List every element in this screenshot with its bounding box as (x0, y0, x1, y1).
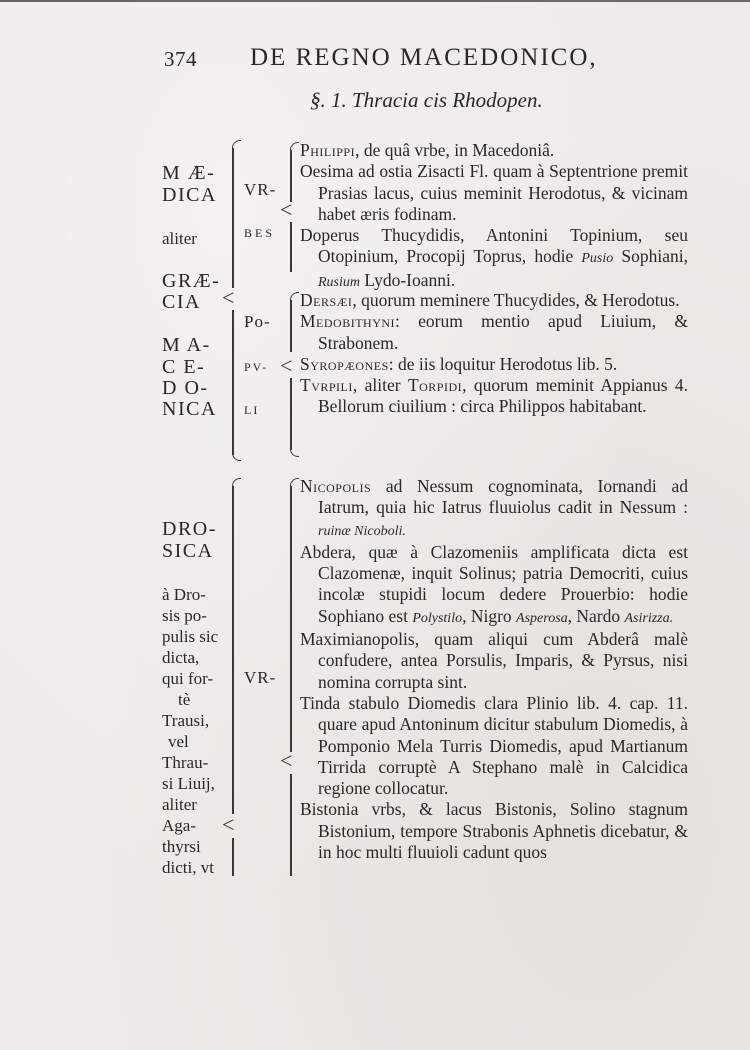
entry-nicopolis: Nicopolis ad Nessum cognominata, Iornand… (300, 476, 688, 542)
region-label-line: D O- (162, 377, 209, 399)
entry-abdera: Abdera, quæ à Clazomeniis amplificata di… (300, 542, 688, 629)
group2-entries: Nicopolis ad Nessum cognominata, Iornand… (300, 476, 688, 863)
populi-label: LI (244, 403, 259, 418)
brace-point-icon: < (222, 287, 234, 309)
section-title: §. 1. Thracia cis Rhodopen. (310, 88, 543, 113)
running-title: DE REGNO MACEDONICO, (250, 44, 598, 72)
entry-syropaeones: Syropæones: de iis loquitur Herodotus li… (300, 354, 688, 375)
urbes-label: VR- (244, 668, 276, 688)
populi-label: PV- (244, 360, 268, 375)
populi-entries: Dersæi, quorum meminere Thucydides, & He… (300, 290, 688, 418)
entry-medobithyni: Medobithyni: eorum mentio apud Liuium, &… (300, 311, 688, 354)
urbes-entries: Philippi, de quâ vrbe, in Macedoniâ. Oes… (300, 140, 688, 293)
page-header: 374 DE REGNO MACEDONICO, (164, 44, 604, 80)
region-label-line: DICA (162, 184, 217, 206)
entry-turpili: Tvrpili, aliter Torpidi, quorum meminit … (300, 375, 688, 418)
region-label-line: M A- (162, 334, 211, 356)
urbes-label: VR- (244, 180, 276, 200)
region-label-line: DRO- (162, 518, 217, 540)
region-label-line: C E- (162, 356, 205, 378)
region-label-line: CIA (162, 291, 201, 313)
entry-dersaei: Dersæi, quorum meminere Thucydides, & He… (300, 290, 688, 311)
region-label-line: GRÆ- (162, 270, 220, 292)
entry-philippi: Philippi, de quâ vrbe, in Macedoniâ. (300, 140, 688, 161)
entry-tinda: Tinda stabulo Diomedis clara Plinio lib.… (300, 693, 688, 799)
region-label-line: SICA (162, 540, 214, 562)
populi-label: Po- (244, 312, 271, 332)
region-label-line: M Æ- (162, 162, 215, 184)
page-top-edge (0, 0, 750, 2)
region-label-line: NICA (162, 398, 217, 420)
entry-bistonia: Bistonia vrbs, & lacus Bistonis, Solino … (300, 799, 688, 863)
region-label-line: aliter (162, 228, 197, 250)
book-page: 374 DE REGNO MACEDONICO, §. 1. Thracia c… (0, 0, 750, 1050)
entry-doperus: Doperus Thucydidis, Antonini Topinium, s… (300, 225, 688, 293)
entry-maximianopolis: Maximianopolis, quam aliqui cum Abderâ m… (300, 629, 688, 693)
page-number: 374 (164, 47, 197, 72)
entry-oesima: Oesima ad ostia Zisacti Fl. quam à Septe… (300, 161, 688, 225)
urbes-label: BES (244, 226, 275, 241)
